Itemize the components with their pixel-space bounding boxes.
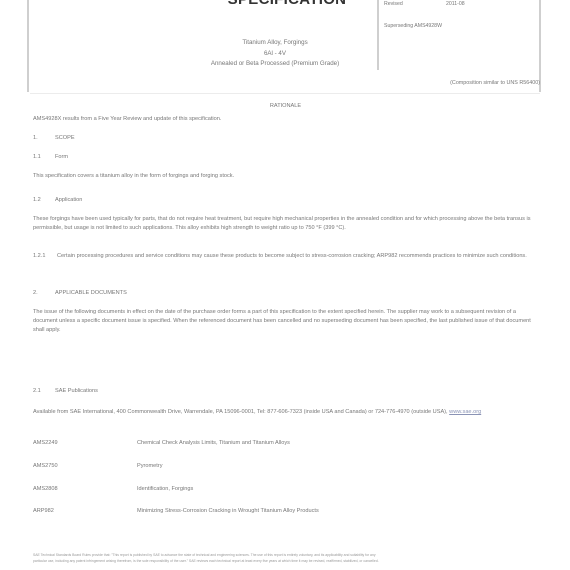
superseding-note: Superseding AMS4928W bbox=[384, 23, 442, 29]
section-number: 1.1 bbox=[33, 153, 55, 162]
section-1-2-1: 1.2.1 Certain processing procedures and … bbox=[33, 252, 538, 261]
sae-footer-notice: SAE Technical Standards Board Rules prov… bbox=[33, 553, 538, 564]
section-number: 1.2.1 bbox=[33, 252, 55, 261]
title-line-2: 6Al - 4V bbox=[170, 49, 380, 60]
section-title: SCOPE bbox=[55, 135, 75, 141]
reference-code: AMS2249 bbox=[33, 440, 58, 446]
reference-title: Minimizing Stress-Corrosion Cracking in … bbox=[137, 508, 319, 514]
section-1-1-heading: 1.1Form bbox=[33, 153, 538, 162]
header-divider bbox=[30, 93, 540, 94]
section-1-1-text: This specification covers a titanium all… bbox=[33, 172, 538, 181]
title-line-3: Annealed or Beta Processed (Premium Grad… bbox=[170, 59, 380, 70]
section-title: SAE Publications bbox=[55, 388, 98, 394]
section-title: Form bbox=[55, 154, 68, 160]
section-1-2-1-text: Certain processing procedures and servic… bbox=[57, 252, 538, 261]
section-title: Application bbox=[55, 197, 82, 203]
section-number: 2. bbox=[33, 289, 55, 298]
rationale-heading: RATIONALE bbox=[33, 102, 538, 111]
section-2-1-text: Available from SAE International, 400 Co… bbox=[33, 408, 538, 417]
section-number: 1.2 bbox=[33, 196, 55, 205]
composition-note: (Composition similar to UNS R56400) bbox=[382, 80, 540, 86]
rationale-text: AMS4928X results from a Five Year Review… bbox=[33, 115, 538, 124]
sae-website-link[interactable]: www.sae.org bbox=[449, 409, 481, 415]
section-2-heading: 2.APPLICABLE DOCUMENTS bbox=[33, 289, 538, 298]
sae-address-text: Available from SAE International, 400 Co… bbox=[33, 409, 448, 415]
reference-code: AMS2808 bbox=[33, 486, 58, 492]
section-title: APPLICABLE DOCUMENTS bbox=[55, 290, 127, 296]
revised-label: Revised bbox=[384, 1, 403, 7]
reference-code: ARP982 bbox=[33, 508, 54, 514]
section-1-2-heading: 1.2Application bbox=[33, 196, 538, 205]
reference-title: Identification, Forgings bbox=[137, 486, 193, 492]
reference-title: Pyrometry bbox=[137, 463, 163, 469]
reference-title: Chemical Check Analysis Limits, Titanium… bbox=[137, 440, 290, 446]
reference-code: AMS2750 bbox=[33, 463, 58, 469]
section-1-2-text: These forgings have been used typically … bbox=[33, 215, 538, 233]
document-type-heading: SPECIFICATION bbox=[222, 0, 352, 8]
header-right-border bbox=[539, 0, 541, 92]
title-line-1: Titanium Alloy, Forgings bbox=[170, 38, 380, 49]
document-title: Titanium Alloy, Forgings 6Al - 4V Anneal… bbox=[170, 38, 380, 70]
section-2-text: The issue of the following documents in … bbox=[33, 308, 538, 335]
revised-date: 2011-08 bbox=[446, 1, 465, 7]
section-1-heading: 1.SCOPE bbox=[33, 134, 538, 143]
footer-line-2: particular use, including any patent inf… bbox=[33, 559, 538, 565]
section-2-1-heading: 2.1SAE Publications bbox=[33, 387, 538, 396]
section-number: 2.1 bbox=[33, 387, 55, 396]
specification-page: SPECIFICATION Titanium Alloy, Forgings 6… bbox=[0, 0, 570, 570]
header-left-border bbox=[27, 0, 29, 92]
section-number: 1. bbox=[33, 134, 55, 143]
